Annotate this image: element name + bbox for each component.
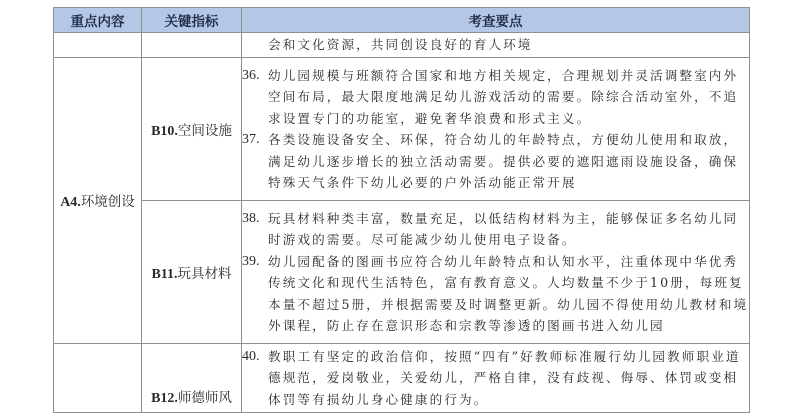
- check-point-40: 40.教职工有坚定的政治信仰，按照“四有”好教师标准履行幼儿园教师职业道德规范，…: [242, 346, 749, 411]
- key-content-code: A4.: [60, 195, 81, 210]
- indicator-cell-b12: B12.师德师风: [142, 344, 242, 413]
- indicator-cell-b11: B11.玩具材料: [142, 201, 242, 344]
- check-point-39: 39.幼儿园配备的图画书应符合幼儿年龄特点和认知水平，注重体现中华优秀传统文化和…: [242, 251, 749, 337]
- indicator-code: B12.: [151, 391, 178, 406]
- continuation-cell: 会和文化资源，共同创设良好的育人环境: [242, 33, 750, 58]
- check-point-38: 38.玩具材料种类丰富，数量充足，以低结构材料为主，能够保证多名幼儿同时游戏的需…: [242, 208, 749, 251]
- indicator-code: B10.: [151, 124, 178, 139]
- points-cell-b12: 40.教职工有坚定的政治信仰，按照“四有”好教师标准履行幼儿园教师职业道德规范，…: [242, 344, 750, 413]
- empty-cell: [54, 33, 142, 58]
- points-cell-b11: 38.玩具材料种类丰富，数量充足，以低结构材料为主，能够保证多名幼儿同时游戏的需…: [242, 201, 750, 344]
- evaluation-criteria-table: 重点内容 关键指标 考查要点 会和文化资源，共同创设良好的育人环境 A4.环境创…: [53, 7, 750, 413]
- indicator-label: 师德师风: [178, 390, 232, 406]
- table-row-b12: B12.师德师风 40.教职工有坚定的政治信仰，按照“四有”好教师标准履行幼儿园…: [54, 344, 750, 413]
- header-check-points: 考查要点: [242, 8, 750, 33]
- indicator-label: 玩具材料: [178, 266, 232, 282]
- indicator-cell-b10: B10.空间设施: [142, 58, 242, 201]
- points-cell-b10: 36.幼儿园规模与班额符合国家和地方相关规定，合理规划并灵活调整室内外空间布局，…: [242, 58, 750, 201]
- table-row-continuation: 会和文化资源，共同创设良好的育人环境: [54, 33, 750, 58]
- indicator-code: B11.: [151, 267, 177, 282]
- table-row-b11: B11.玩具材料 38.玩具材料种类丰富，数量充足，以低结构材料为主，能够保证多…: [54, 201, 750, 344]
- key-content-cell: A4.环境创设: [54, 58, 142, 344]
- header-row: 重点内容 关键指标 考查要点: [54, 8, 750, 33]
- header-key-indicator: 关键指标: [142, 8, 242, 33]
- empty-cell: [54, 344, 142, 413]
- empty-cell: [142, 33, 242, 58]
- check-point-37: 37.各类设施设备安全、环保，符合幼儿的年龄特点，方便幼儿使用和取放，满足幼儿逐…: [242, 129, 749, 194]
- table-row-b10: A4.环境创设 B10.空间设施 36.幼儿园规模与班额符合国家和地方相关规定，…: [54, 58, 750, 201]
- indicator-label: 空间设施: [178, 123, 232, 139]
- header-key-content: 重点内容: [54, 8, 142, 33]
- key-content-label: 环境创设: [81, 194, 135, 210]
- continuation-text: 会和文化资源，共同创设良好的育人环境: [242, 34, 749, 56]
- check-point-36: 36.幼儿园规模与班额符合国家和地方相关规定，合理规划并灵活调整室内外空间布局，…: [242, 65, 749, 130]
